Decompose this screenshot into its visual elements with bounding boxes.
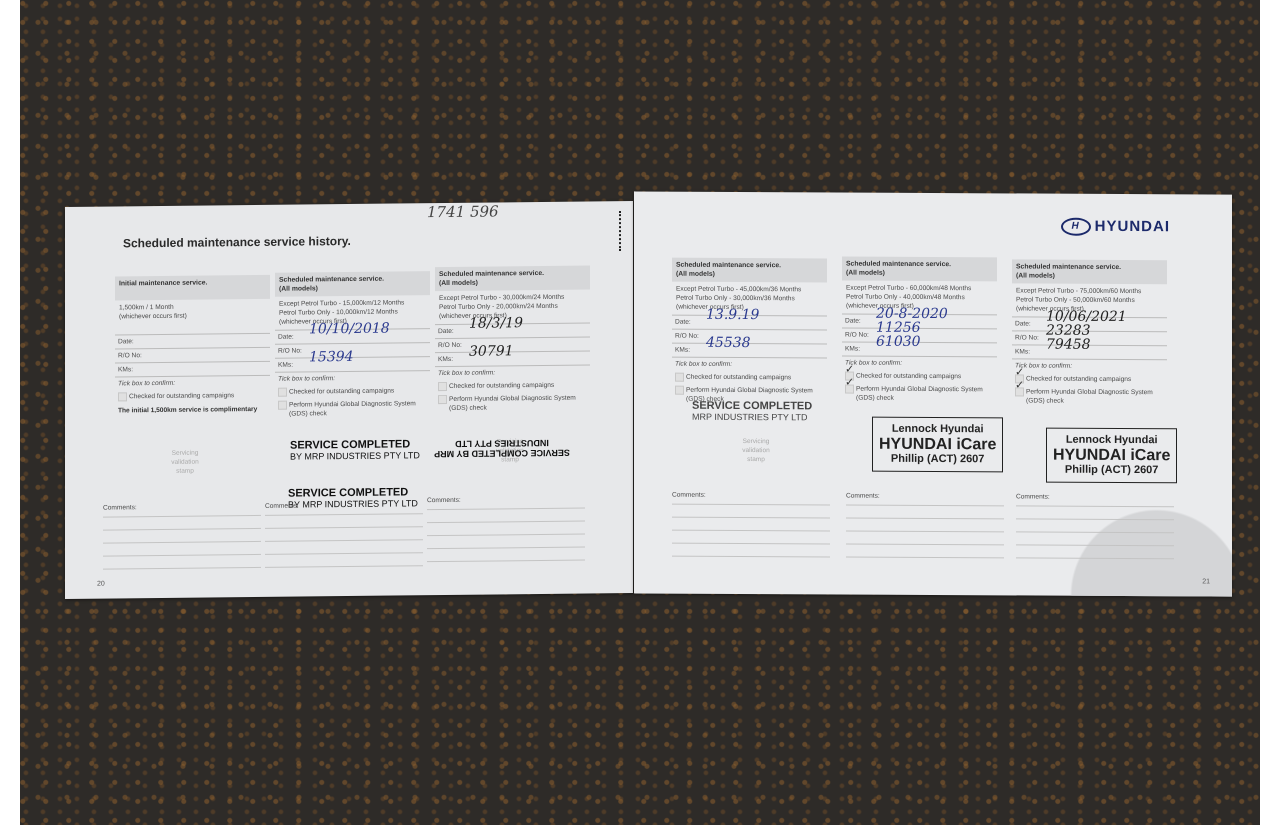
column-header: Scheduled maintenance service.(All model… xyxy=(435,265,590,291)
tick-label: Tick box to confirm: xyxy=(672,358,827,372)
left-page: 1741 596 Scheduled maintenance service h… xyxy=(65,201,633,599)
kms-field[interactable]: KMs: xyxy=(115,362,270,378)
hyundai-logo: HHYUNDAI xyxy=(1061,218,1170,237)
service-column-45000: Scheduled maintenance service.(All model… xyxy=(672,258,827,407)
handwritten-reference: 1741 596 xyxy=(427,202,499,221)
validation-stamp-area: Servicingvalidationstamp xyxy=(145,448,225,476)
kms-value: 45538 xyxy=(706,338,751,349)
checkbox-campaigns-checked[interactable]: Checked for outstanding campaigns xyxy=(842,370,997,384)
column-header: Scheduled maintenance service.(All model… xyxy=(672,258,827,283)
tick-label: Tick box to confirm: xyxy=(1012,359,1167,373)
service-column-initial: Initial maintenance service. 1,500km / 1… xyxy=(115,275,270,419)
ro-value: 23283 xyxy=(1046,326,1091,337)
date-value: 10/10/2018 xyxy=(309,324,390,336)
column-header: Scheduled maintenance service.(All model… xyxy=(1012,259,1167,284)
dealer-stamp: Lennock Hyundai HYUNDAI iCare Phillip (A… xyxy=(872,417,1003,473)
service-column-75000: Scheduled maintenance service.(All model… xyxy=(1012,259,1167,408)
checkbox-gds[interactable]: Perform Hyundai Global Diagnostic System… xyxy=(435,391,590,415)
checkbox-gds-checked[interactable]: Perform Hyundai Global Diagnostic System… xyxy=(842,383,997,406)
right-page: HHYUNDAI Scheduled maintenance service.(… xyxy=(634,191,1232,596)
service-column-15000: Scheduled maintenance service.(All model… xyxy=(275,271,430,421)
date-value: 20-8-2020 xyxy=(876,309,948,320)
comments-area[interactable]: Comments: xyxy=(103,503,261,570)
date-value: 13.9.19 xyxy=(706,310,759,321)
page-number: 21 xyxy=(1202,578,1210,585)
kms-field[interactable]: KMs:79458 xyxy=(1012,345,1167,360)
comments-area[interactable]: Comments: xyxy=(672,492,830,558)
comments-area[interactable]: Comments: xyxy=(1016,493,1174,559)
column-description: 1,500km / 1 Month(whichever occurs first… xyxy=(115,299,270,336)
column-header: Scheduled maintenance service.(All model… xyxy=(275,271,430,297)
comments-area[interactable]: Comments: xyxy=(427,496,585,563)
date-value: 10/06/2021 xyxy=(1046,312,1127,323)
binding-dots xyxy=(619,211,623,251)
service-completed-stamp: SERVICE COMPLETEDMRP INDUSTRIES PTY LTD xyxy=(692,400,812,423)
dealer-stamp: Lennock Hyundai HYUNDAI iCare Phillip (A… xyxy=(1046,428,1177,484)
tick-label: Tick box to confirm: xyxy=(842,357,997,371)
comments-area[interactable]: Comments: xyxy=(265,501,423,568)
inverted-service-stamp: SERVICE COMPLETED BY MRP INDUSTRIES PTY … xyxy=(427,438,577,460)
hyundai-emblem-icon: H xyxy=(1061,218,1091,236)
column-header: Initial maintenance service. xyxy=(115,275,270,301)
checkbox-gds[interactable]: Perform Hyundai Global Diagnostic System… xyxy=(275,397,430,421)
complimentary-note: The initial 1,500km service is complimen… xyxy=(115,402,270,419)
service-column-60000: Scheduled maintenance service.(All model… xyxy=(842,257,997,406)
date-value: 18/3/19 xyxy=(469,318,523,330)
kms-value: 79458 xyxy=(1046,340,1091,351)
kms-value: 15394 xyxy=(309,352,354,363)
kms-value: 61030 xyxy=(876,337,921,348)
icare-logo: HYUNDAI iCare xyxy=(1053,448,1170,464)
kms-field[interactable]: KMs:61030 xyxy=(842,343,997,358)
page-title: Scheduled maintenance service history. xyxy=(123,234,351,250)
kms-field[interactable]: KMs:45538 xyxy=(672,344,827,359)
checkbox-campaigns[interactable]: Checked for outstanding campaigns xyxy=(672,371,827,385)
service-completed-stamp: SERVICE COMPLETEDBY MRP INDUSTRIES PTY L… xyxy=(290,438,420,461)
comments-area[interactable]: Comments: xyxy=(846,493,1004,559)
column-header: Scheduled maintenance service.(All model… xyxy=(842,257,997,282)
kms-field[interactable]: KMs:30791 xyxy=(435,351,590,367)
checkbox-campaigns[interactable]: Checked for outstanding campaigns xyxy=(115,389,270,404)
kms-value: 30791 xyxy=(469,346,514,357)
page-number: 20 xyxy=(97,581,105,588)
checkbox-gds-checked[interactable]: Perform Hyundai Global Diagnostic System… xyxy=(1012,385,1167,408)
checkbox-campaigns-checked[interactable]: Checked for outstanding campaigns xyxy=(1012,372,1167,386)
icare-logo: HYUNDAI iCare xyxy=(879,437,996,453)
kms-field[interactable]: KMs:15394 xyxy=(275,357,430,373)
date-field[interactable]: Date:13.9.19 xyxy=(672,316,827,331)
validation-stamp-area: Servicingvalidationstamp xyxy=(716,437,796,464)
service-column-30000: Scheduled maintenance service.(All model… xyxy=(435,265,590,415)
ro-value: 11256 xyxy=(876,323,921,334)
